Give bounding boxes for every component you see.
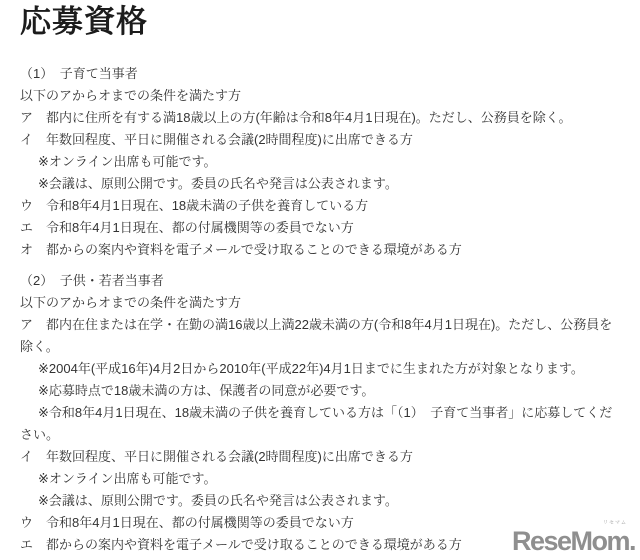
note-guardian-consent: ※応募時点で18歳未満の方は、保護者の同意が必要です。 bbox=[20, 380, 622, 402]
section-heading: （1） 子育て当事者 bbox=[20, 63, 622, 85]
note-birthdate-range: ※2004年(平成16年)4月2日から2010年(平成22年)4月1日までに生ま… bbox=[20, 358, 622, 380]
condition-item-u: ウ 令和8年4月1日現在、18歳未満の子供を養育している方 bbox=[20, 195, 622, 217]
resemom-logo-ruby: リセマム bbox=[603, 521, 627, 526]
page-title: 応募資格 bbox=[20, 2, 622, 42]
note-online-attendance: ※オンライン出席も可能です。 bbox=[20, 468, 622, 490]
note-apply-as-kosodate: ※令和8年4月1日現在、18歳未満の子供を養育している方は「（1） 子育て当事者… bbox=[20, 402, 622, 446]
resemom-logo-text: ReseMom. bbox=[512, 526, 635, 556]
note-meeting-public: ※会議は、原則公開です。委員の氏名や発言は公表されます。 bbox=[20, 490, 622, 512]
condition-item-a: ア 都内に住所を有する満18歳以上の方(年齢は令和8年4月1日現在)。ただし、公… bbox=[20, 107, 622, 129]
note-meeting-public: ※会議は、原則公開です。委員の氏名や発言は公表されます。 bbox=[20, 173, 622, 195]
condition-item-o: オ 都からの案内や資料を電子メールで受け取ることのできる環境がある方 bbox=[20, 239, 622, 261]
resemom-logo: リセマム ReseMom. bbox=[512, 521, 635, 555]
condition-item-i: イ 年数回程度、平日に開催される会議(2時間程度)に出席できる方 bbox=[20, 129, 622, 151]
section-kodomo-wakamono-tojisha: （2） 子供・若者当事者 以下のアからオまでの条件を満たす方 ア 都内在住または… bbox=[20, 270, 622, 556]
note-online-attendance: ※オンライン出席も可能です。 bbox=[20, 151, 622, 173]
section-kosodate-tojisha: （1） 子育て当事者 以下のアからオまでの条件を満たす方 ア 都内に住所を有する… bbox=[20, 63, 622, 261]
condition-item-e: エ 令和8年4月1日現在、都の付属機関等の委員でない方 bbox=[20, 217, 622, 239]
condition-item-i: イ 年数回程度、平日に開催される会議(2時間程度)に出席できる方 bbox=[20, 446, 622, 468]
document-body: 応募資格 （1） 子育て当事者 以下のアからオまでの条件を満たす方 ア 都内に住… bbox=[0, 0, 640, 556]
section-intro: 以下のアからオまでの条件を満たす方 bbox=[20, 85, 622, 107]
condition-item-a: ア 都内在住または在学・在勤の満16歳以上満22歳未満の方(令和8年4月1日現在… bbox=[20, 314, 622, 358]
section-heading: （2） 子供・若者当事者 bbox=[20, 270, 622, 292]
section-intro: 以下のアからオまでの条件を満たす方 bbox=[20, 292, 622, 314]
